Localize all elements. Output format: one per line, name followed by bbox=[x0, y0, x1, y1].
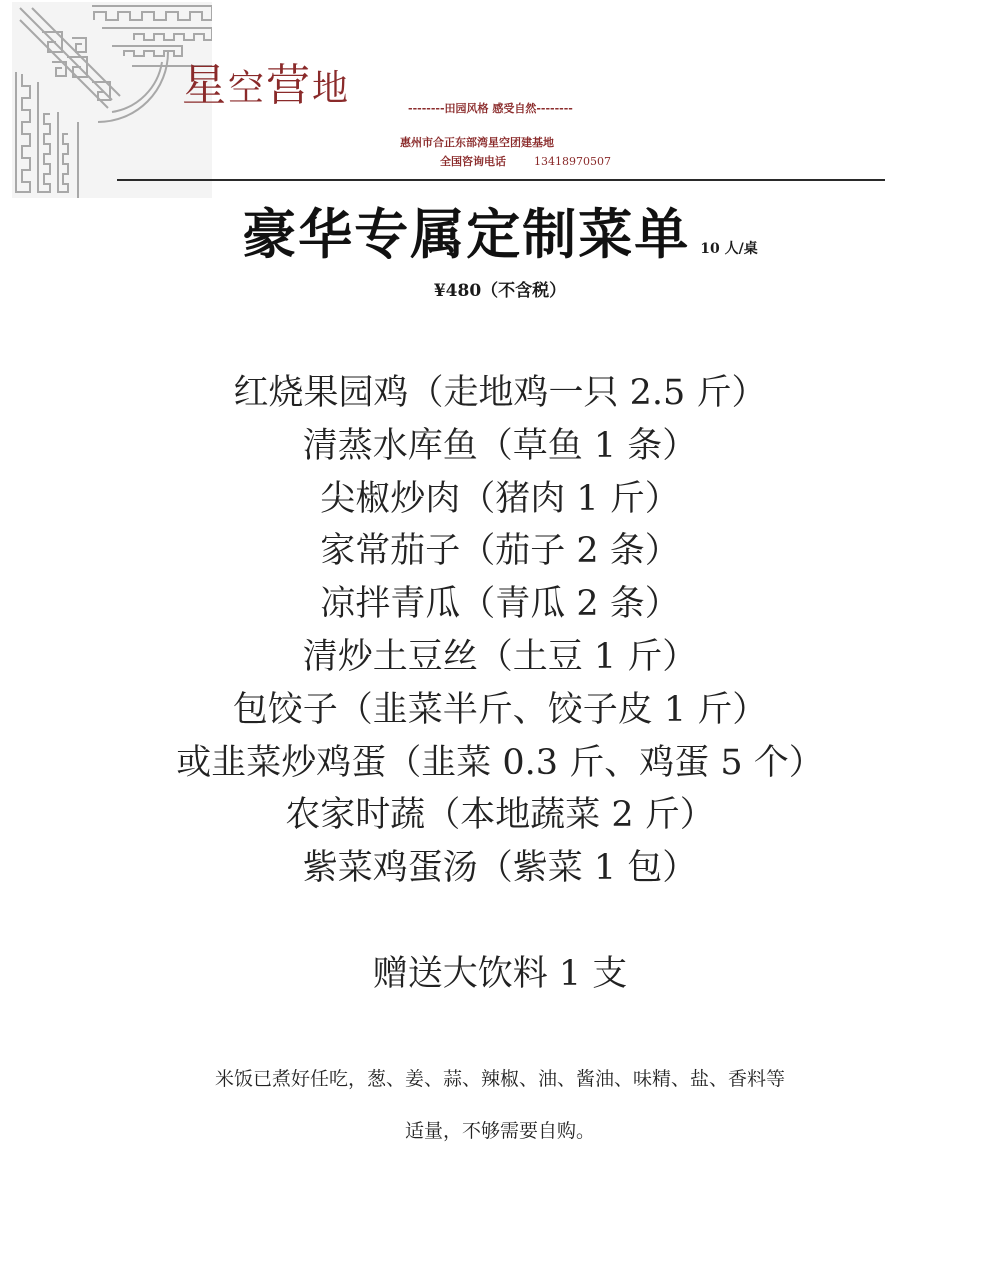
address: 惠州市合正东部湾星空团建基地 bbox=[400, 134, 554, 150]
footnote-line-2: 适量，不够需要自购。 bbox=[0, 1116, 1000, 1143]
page-title: 豪华专属定制菜单 bbox=[242, 203, 690, 266]
header-divider bbox=[117, 179, 885, 181]
menu-list: 红烧果园鸡（走地鸡一只 2.5 斤） 清蒸水库鱼（草鱼 1 条） 尖椒炒肉（猪肉… bbox=[0, 367, 1000, 895]
phone-number: 13418970507 bbox=[534, 155, 611, 168]
price: ¥480（不含税） bbox=[0, 276, 1000, 301]
brand-char: 空 bbox=[228, 68, 266, 109]
title-row: 豪华专属定制菜单10 人/桌 bbox=[0, 192, 1000, 269]
brand-char: 星 bbox=[182, 60, 228, 111]
footnote-line-1: 米饭已煮好任吃，葱、姜、蒜、辣椒、油、酱油、味精、盐、香料等 bbox=[0, 1064, 1000, 1091]
gift-note: 赠送大饮料 1 支 bbox=[0, 946, 1000, 996]
menu-item: 红烧果园鸡（走地鸡一只 2.5 斤） bbox=[0, 367, 1000, 420]
menu-item: 清蒸水库鱼（草鱼 1 条） bbox=[0, 420, 1000, 473]
per-table-label: 10 人/桌 bbox=[700, 241, 757, 257]
menu-item: 包饺子（韭菜半斤、饺子皮 1 斤） bbox=[0, 684, 1000, 737]
menu-item: 凉拌青瓜（青瓜 2 条） bbox=[0, 578, 1000, 631]
phone-row: 全国咨询电话13418970507 bbox=[440, 153, 611, 169]
menu-item: 家常茄子（茄子 2 条） bbox=[0, 525, 1000, 578]
phone-label: 全国咨询电话 bbox=[440, 155, 506, 168]
menu-item: 农家时蔬（本地蔬菜 2 斤） bbox=[0, 789, 1000, 842]
menu-item: 或韭菜炒鸡蛋（韭菜 0.3 斤、鸡蛋 5 个） bbox=[0, 737, 1000, 790]
menu-item: 尖椒炒肉（猪肉 1 斤） bbox=[0, 473, 1000, 526]
menu-item: 紫菜鸡蛋汤（紫菜 1 包） bbox=[0, 842, 1000, 895]
slogan: --------田园风格 感受自然-------- bbox=[408, 100, 573, 116]
menu-item: 清炒土豆丝（土豆 1 斤） bbox=[0, 631, 1000, 684]
brand-char: 营 bbox=[266, 60, 312, 111]
brand-name: 星空营地 bbox=[182, 64, 350, 108]
brand-char: 地 bbox=[312, 68, 350, 109]
